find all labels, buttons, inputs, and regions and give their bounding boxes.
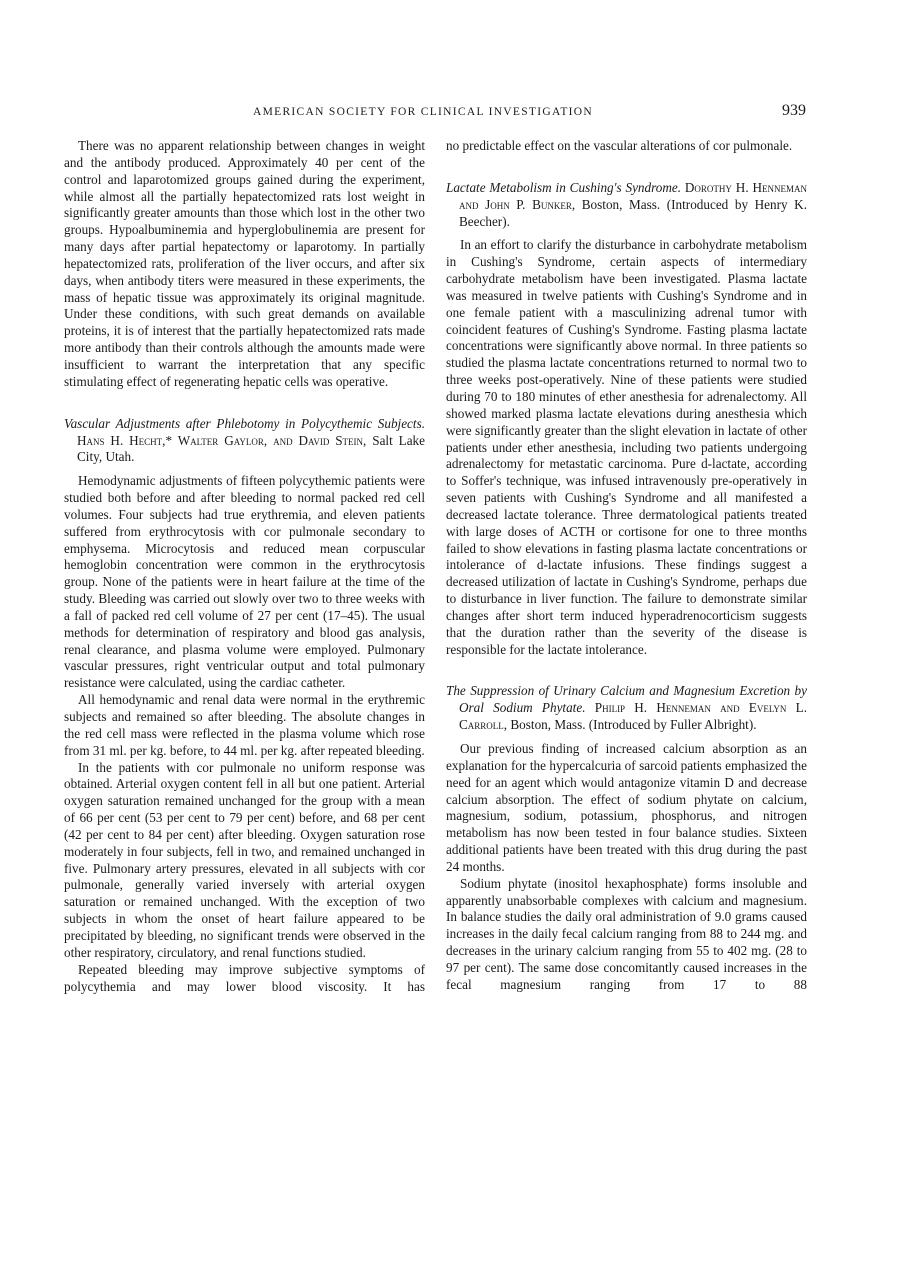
abstract-heading-vascular-adjustments: Vascular Adjustments after Phlebotomy in… (64, 416, 425, 467)
abstract-paragraph: In the patients with cor pulmonale no un… (64, 760, 425, 962)
right-column: no predictable effect on the vascular al… (446, 138, 807, 994)
continuation-paragraph: no predictable effect on the vascular al… (446, 138, 807, 155)
abstract-title: Lactate Metabolism in Cushing's Syndrome… (446, 180, 681, 195)
page-header: AMERICAN SOCIETY FOR CLINICAL INVESTIGAT… (64, 104, 806, 124)
abstract-paragraph: Repeated bleeding may improve subjective… (64, 962, 425, 996)
abstract-paragraph: Our previous finding of increased calciu… (446, 741, 807, 876)
abstract-authors: Hans H. Hecht,* Walter Gaylor, and David… (77, 433, 366, 448)
abstract-paragraph: Hemodynamic adjustments of fifteen polyc… (64, 473, 425, 692)
abstract-affiliation: Boston, Mass. (Introduced by Fuller Albr… (510, 717, 756, 732)
left-column: There was no apparent relationship betwe… (64, 138, 425, 995)
abstract-title: Vascular Adjustments after Phlebotomy in… (64, 416, 425, 431)
continuation-paragraph: There was no apparent relationship betwe… (64, 138, 425, 391)
abstract-paragraph: Sodium phytate (inositol hexaphosphate) … (446, 876, 807, 994)
abstract-heading-sodium-phytate: The Suppression of Urinary Calcium and M… (446, 683, 807, 734)
page-number: 939 (782, 102, 806, 120)
abstract-paragraph: All hemodynamic and renal data were norm… (64, 692, 425, 759)
abstract-heading-lactate-metabolism: Lactate Metabolism in Cushing's Syndrome… (446, 180, 807, 231)
abstract-paragraph: In an effort to clarify the disturbance … (446, 237, 807, 658)
running-title: AMERICAN SOCIETY FOR CLINICAL INVESTIGAT… (253, 106, 593, 118)
